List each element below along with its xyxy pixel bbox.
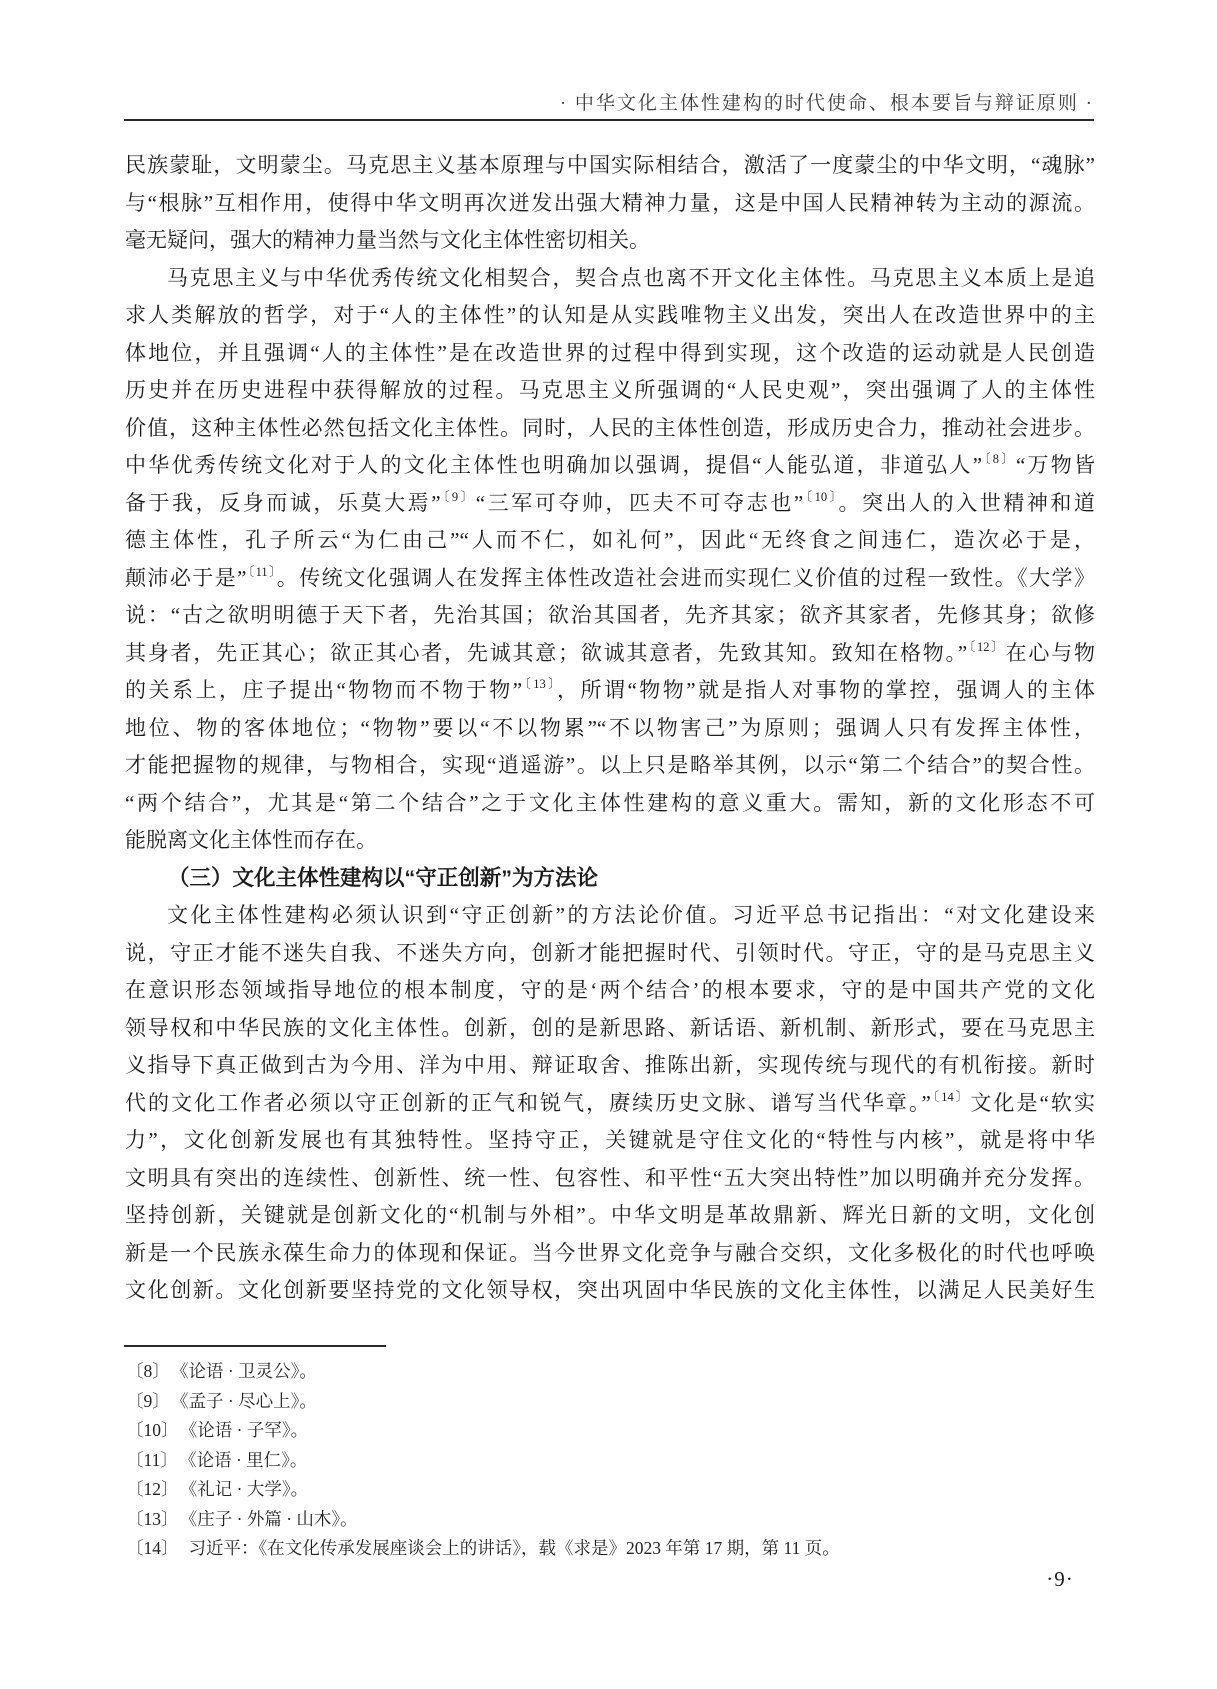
text-run: （三）文化主体性建构以“守正创新”为方法论 [168, 866, 598, 890]
page-number: ·9· [1028, 1567, 1092, 1592]
text-line: 与“根脉”互相作用，使得中华文明再次迸发出强大精神力量，这是中国人民精神转为主动… [125, 185, 1095, 223]
text-run: 其身者，先正其心；欲正其心者，先诚其意；欲诚其意者，先致其知。致知在格物。” [125, 641, 967, 665]
footnote-text: 《庄子 · 外篇 · 山木》。 [189, 1509, 358, 1529]
text-run: 义指导下真正做到古为今用、洋为中用、辩证取舍、推陈出新，实现传统与现代的有机衔接… [125, 1053, 1095, 1077]
text-line: 才能把握物的规律，与物相合，实现“逍遥游”。以上只是略举其例，以示“第二个结合”… [125, 747, 1095, 785]
text-line: 文化主体性建构必须认识到“守正创新”的方法论价值。习近平总书记指出：“对文化建设… [125, 897, 1095, 935]
footnote-text: 习近平：《在文化传承发展座谈会上的讲话》，载《求是》2023 年第 17 期，第… [189, 1538, 840, 1558]
footnote-marker: 〔10〕 [803, 490, 838, 504]
text-line: 义指导下真正做到古为今用、洋为中用、辩证取舍、推陈出新，实现传统与现代的有机衔接… [125, 1047, 1095, 1085]
text-line: 说：“古之欲明明德于天下者，先治其国；欲治其国者，先齐其家；欲齐其家者，先修其身… [125, 597, 1095, 635]
text-line: 体地位，并且强调“人的主体性”是在改造世界的过程中得到实现，这个改造的运动就是人… [125, 335, 1095, 373]
footnote-label: 〔11〕 [126, 1450, 178, 1470]
text-line: 其身者，先正其心；欲正其心者，先诚其意；欲诚其意者，先致其知。致知在格物。”〔1… [125, 635, 1095, 673]
footnote-marker: 〔13〕 [522, 677, 557, 691]
footnote-item: 〔10〕《论语 · 子罕》。 [126, 1416, 1096, 1446]
text-run: 历史并在历史进程中获得解放的过程。马克思主义所强调的“人民史观”，突出强调了人的… [125, 378, 1095, 402]
paragraph: 民族蒙耻，文明蒙尘。马克思主义基本原理与中国实际相结合，激活了一度蒙尘的中华文明… [125, 147, 1095, 260]
text-run: 说：“古之欲明明德于天下者，先治其国；欲治其国者，先齐其家；欲齐其家者，先修其身… [125, 603, 1095, 627]
text-run: “两个结合”，尤其是“第二个结合”之于文化主体性建构的意义重大。需知，新的文化形… [125, 791, 1095, 815]
text-run: 马克思主义与中华优秀传统文化相契合，契合点也离不开文化主体性。马克思主义本质上是… [167, 266, 1095, 290]
footnote-item: 〔13〕《庄子 · 外篇 · 山木》。 [126, 1505, 1096, 1535]
footnote-label: 〔9〕 [126, 1391, 170, 1411]
header-rule [124, 119, 1094, 121]
text-run: 新是一个民族永葆生命力的体现和保证。当今世界文化竞争与融合交织，文化多极化的时代… [125, 1241, 1095, 1265]
text-run: 。传统文化强调人在发挥主体性改造社会进而实现仁义价值的过程一致性。《大学》 [277, 566, 1095, 590]
footnote-item: 〔11〕《论语 · 里仁》。 [126, 1446, 1096, 1476]
text-run: 力”，文化创新发展也有其独特性。坚持守正，关键就是守住文化的“特性与内核”，就是… [125, 1128, 1095, 1152]
text-run: 体地位，并且强调“人的主体性”是在改造世界的过程中得到实现，这个改造的运动就是人… [125, 341, 1095, 365]
footnote-label: 〔13〕 [126, 1509, 179, 1529]
text-run: 代的文化工作者必须以守正创新的正气和锐气，赓续历史文脉、谱写当代华章。” [125, 1091, 931, 1115]
footnote-marker: 〔11〕 [247, 565, 277, 579]
text-line: 力”，文化创新发展也有其独特性。坚持守正，关键就是守住文化的“特性与内核”，就是… [125, 1122, 1095, 1160]
text-line: 德主体性，孔子所云“为仁由己”“人而不仁，如礼何”，因此“无终食之间违仁，造次必… [125, 522, 1095, 560]
text-run: 德主体性，孔子所云“为仁由己”“人而不仁，如礼何”，因此“无终食之间违仁，造次必… [125, 528, 1095, 552]
footnote-text: 《论语 · 里仁》。 [188, 1450, 308, 1470]
footnote-item: 〔9〕《孟子 · 尽心上》。 [126, 1387, 1096, 1417]
text-run: 中华优秀传统文化对于人的文化主体性也明确加以强调，提倡“人能弘道，非道弘人” [125, 453, 982, 477]
footnote-marker: 〔12〕 [967, 640, 1005, 654]
text-run: 才能把握物的规律，与物相合，实现“逍遥游”。以上只是略举其例，以示“第二个结合”… [125, 753, 1095, 777]
text-run: 与“根脉”互相作用，使得中华文明再次迸发出强大精神力量，这是中国人民精神转为主动… [125, 191, 1095, 215]
footnote-item: 〔14〕习近平：《在文化传承发展座谈会上的讲话》，载《求是》2023 年第 17… [126, 1534, 1096, 1564]
text-run: 坚持创新，关键就是创新文化的“机制与外相”。中华文明是革故鼎新、辉光日新的文明，… [125, 1203, 1095, 1227]
text-line: 颠沛必于是”〔11〕。传统文化强调人在发挥主体性改造社会进而实现仁义价值的过程一… [125, 560, 1095, 598]
text-run: 民族蒙耻，文明蒙尘。马克思主义基本原理与中国实际相结合，激活了一度蒙尘的中华文明… [125, 153, 1095, 177]
text-run: 颠沛必于是” [125, 566, 247, 590]
text-run: 文化是“软实 [970, 1091, 1095, 1115]
text-run: 能脱离文化主体性而存在。 [125, 828, 377, 852]
text-run: 求人类解放的哲学，对于“人的主体性”的认知是从实践唯物主义出发，突出人在改造世界… [125, 303, 1095, 327]
text-run: 领导权和中华民族的文化主体性。创新，创的是新思路、新话语、新机制、新形式，要在马… [125, 1016, 1095, 1040]
text-line: 的关系上，庄子提出“物物而不物于物”〔13〕，所谓“物物”就是指人对事物的掌控，… [125, 672, 1095, 710]
footnote-marker: 〔9〕 [441, 490, 476, 504]
paragraph: 马克思主义与中华优秀传统文化相契合，契合点也离不开文化主体性。马克思主义本质上是… [125, 260, 1095, 860]
text-line: 能脱离文化主体性而存在。 [125, 822, 1095, 860]
footnote-marker: 〔8〕 [982, 452, 1016, 466]
text-run: 文化创新。文化创新要坚持党的文化领导权，突出巩固中华民族的文化主体性，以满足人民… [125, 1278, 1095, 1302]
footnote-separator [124, 1345, 386, 1347]
text-line: 说，守正才能不迷失自我、不迷失方向，创新才能把握时代、引领时代。守正，守的是马克… [125, 935, 1095, 973]
text-run: 文化主体性建构必须认识到“守正创新”的方法论价值。习近平总书记指出：“对文化建设… [167, 903, 1095, 927]
text-run: 文明具有突出的连续性、创新性、统一性、包容性、和平性“五大突出特性”加以明确并充… [125, 1166, 1095, 1190]
text-line: 民族蒙耻，文明蒙尘。马克思主义基本原理与中国实际相结合，激活了一度蒙尘的中华文明… [125, 147, 1095, 185]
footnote-item: 〔8〕《论语 · 卫灵公》。 [126, 1357, 1096, 1387]
section-heading: （三）文化主体性建构以“守正创新”为方法论 [125, 860, 1095, 898]
text-line: 文明具有突出的连续性、创新性、统一性、包容性、和平性“五大突出特性”加以明确并充… [125, 1160, 1095, 1198]
footnote-text: 《论语 · 卫灵公》。 [180, 1361, 317, 1381]
text-run: 毫无疑问，强大的精神力量当然与文化主体性密切相关。 [125, 228, 650, 252]
text-run: 地位、物的客体地位；“物物”要以“不以物累”“不以物害己”为原则；强调人只有发挥… [125, 716, 1095, 740]
text-run: 。突出人的入世精神和道 [838, 491, 1095, 515]
footnotes: 〔8〕《论语 · 卫灵公》。〔9〕《孟子 · 尽心上》。〔10〕《论语 · 子罕… [126, 1357, 1096, 1564]
paragraph: 文化主体性建构必须认识到“守正创新”的方法论价值。习近平总书记指出：“对文化建设… [125, 897, 1095, 1310]
text-line: 领导权和中华民族的文化主体性。创新，创的是新思路、新话语、新机制、新形式，要在马… [125, 1010, 1095, 1048]
text-run: 的关系上，庄子提出“物物而不物于物” [125, 678, 522, 702]
document-page: · 中华文化主体性建构的时代使命、根本要旨与辩证原则 · 民族蒙耻，文明蒙尘。马… [0, 0, 1217, 1689]
footnote-item: 〔12〕《礼记 · 大学》。 [126, 1475, 1096, 1505]
text-line: 备于我，反身而诚，乐莫大焉”〔9〕“三军可夺帅，匹夫不可夺志也”〔10〕。突出人… [125, 485, 1095, 523]
footnote-text: 《礼记 · 大学》。 [189, 1479, 309, 1499]
text-line: 在意识形态领域指导地位的根本制度，守的是‘两个结合’的根本要求，守的是中国共产党… [125, 972, 1095, 1010]
text-line: 历史并在历史进程中获得解放的过程。马克思主义所强调的“人民史观”，突出强调了人的… [125, 372, 1095, 410]
text-line: 地位、物的客体地位；“物物”要以“不以物累”“不以物害己”为原则；强调人只有发挥… [125, 710, 1095, 748]
footnote-text: 《论语 · 子罕》。 [189, 1420, 309, 1440]
text-line: 中华优秀传统文化对于人的文化主体性也明确加以强调，提倡“人能弘道，非道弘人”〔8… [125, 447, 1095, 485]
text-line: 坚持创新，关键就是创新文化的“机制与外相”。中华文明是革故鼎新、辉光日新的文明，… [125, 1197, 1095, 1235]
text-line: 价值，这种主体性必然包括文化主体性。同时，人民的主体性创造，形成历史合力，推动社… [125, 410, 1095, 448]
footnote-label: 〔10〕 [126, 1420, 179, 1440]
article-body: 民族蒙耻，文明蒙尘。马克思主义基本原理与中国实际相结合，激活了一度蒙尘的中华文明… [125, 147, 1095, 1310]
text-run: “三军可夺帅，匹夫不可夺志也” [476, 491, 803, 515]
text-run: 价值，这种主体性必然包括文化主体性。同时，人民的主体性创造，形成历史合力，推动社… [125, 416, 1095, 440]
text-line: 代的文化工作者必须以守正创新的正气和锐气，赓续历史文脉、谱写当代华章。”〔14〕… [125, 1085, 1095, 1123]
footnote-label: 〔8〕 [126, 1361, 170, 1381]
text-run: 备于我，反身而诚，乐莫大焉” [125, 491, 441, 515]
footnote-marker: 〔14〕 [931, 1090, 971, 1104]
text-line: “两个结合”，尤其是“第二个结合”之于文化主体性建构的意义重大。需知，新的文化形… [125, 785, 1095, 823]
text-line: 求人类解放的哲学，对于“人的主体性”的认知是从实践唯物主义出发，突出人在改造世界… [125, 297, 1095, 335]
footnote-label: 〔14〕 [126, 1538, 179, 1558]
footnote-text: 《孟子 · 尽心上》。 [180, 1391, 317, 1411]
text-run: “万物皆 [1016, 453, 1095, 477]
text-run: 说，守正才能不迷失自我、不迷失方向，创新才能把握时代、引领时代。守正，守的是马克… [125, 941, 1095, 965]
text-run: ，所谓“物物”就是指人对事物的掌控，强调人的主体 [557, 678, 1095, 702]
text-line: 文化创新。文化创新要坚持党的文化领导权，突出巩固中华民族的文化主体性，以满足人民… [125, 1272, 1095, 1310]
text-run: 在意识形态领域指导地位的根本制度，守的是‘两个结合’的根本要求，守的是中国共产党… [125, 978, 1095, 1002]
text-line: 毫无疑问，强大的精神力量当然与文化主体性密切相关。 [125, 222, 1095, 260]
running-title: · 中华文化主体性建构的时代使命、根本要旨与辩证原则 · [560, 88, 1094, 115]
text-line: 新是一个民族永葆生命力的体现和保证。当今世界文化竞争与融合交织，文化多极化的时代… [125, 1235, 1095, 1273]
footnote-label: 〔12〕 [126, 1479, 179, 1499]
text-line: 马克思主义与中华优秀传统文化相契合，契合点也离不开文化主体性。马克思主义本质上是… [125, 260, 1095, 298]
text-run: 在心与物 [1006, 641, 1095, 665]
text-line: （三）文化主体性建构以“守正创新”为方法论 [125, 860, 1095, 898]
